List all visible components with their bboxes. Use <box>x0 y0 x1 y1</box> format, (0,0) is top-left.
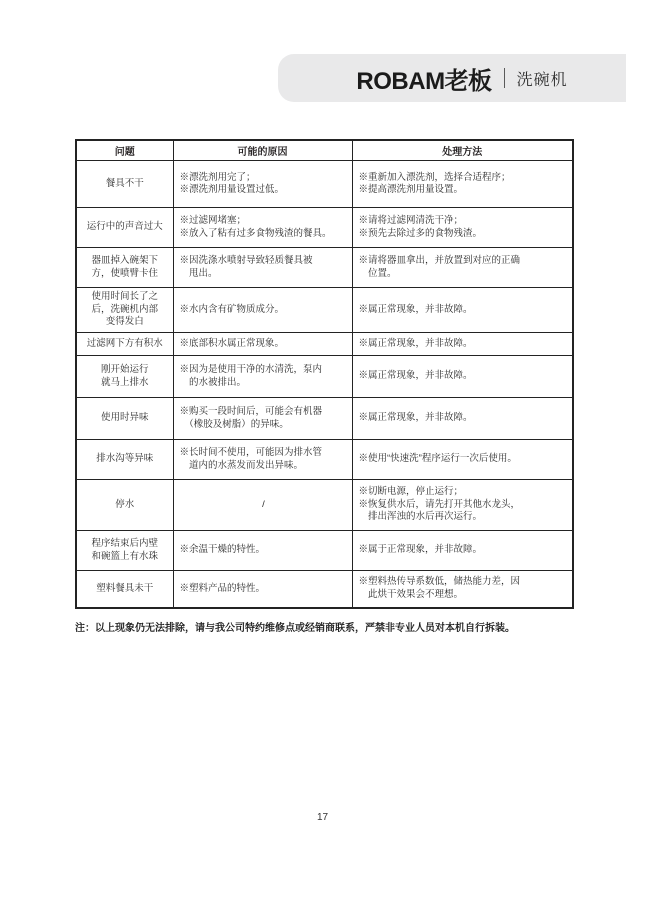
cause-cell: ※水内含有矿物质成分。 <box>173 288 352 333</box>
brand-logo: ROBAM老板 <box>356 61 491 96</box>
table-row: 餐具不干 ※漂洗剂用完了； ※漂洗剂用量设置过低。 ※重新加入漂洗剂，选择合适程… <box>76 161 573 208</box>
problem-cell: 排水沟等异味 <box>76 440 173 480</box>
solution-cell: ※请将过滤网清洗干净； ※预先去除过多的食物残渣。 <box>352 208 573 248</box>
cause-cell: ※塑料产品的特性。 <box>173 571 352 608</box>
table-row: 使用时异味 ※购买一段时间后，可能会有机器 （橡胶及树脂）的异味。 ※属正常现象… <box>76 398 573 440</box>
cause-cell: / <box>173 480 352 531</box>
solution-cell: ※属正常现象，并非故障。 <box>352 356 573 398</box>
problem-cell: 使用时间长了之 后，洗碗机内部 变得发白 <box>76 288 173 333</box>
header-band: ROBAM老板 洗碗机 <box>278 54 626 102</box>
cause-cell: ※长时间不使用，可能因为排水管 道内的水蒸发而发出异味。 <box>173 440 352 480</box>
problem-cell: 程序结束后内壁 和碗篮上有水珠 <box>76 531 173 571</box>
cause-cell: ※购买一段时间后，可能会有机器 （橡胶及树脂）的异味。 <box>173 398 352 440</box>
footnote: 注：以上现象仍无法排除，请与我公司特约维修点或经销商联系，严禁非专业人员对本机自… <box>75 622 575 635</box>
solution-cell: ※重新加入漂洗剂，选择合适程序； ※提高漂洗剂用量设置。 <box>352 161 573 208</box>
col-header-problem: 问题 <box>76 140 173 161</box>
problem-cell: 器皿掉入碗架下 方，使喷臂卡住 <box>76 248 173 288</box>
solution-cell: ※属正常现象，并非故障。 <box>352 333 573 356</box>
solution-cell: ※请将器皿拿出，并放置到对应的正确 位置。 <box>352 248 573 288</box>
problem-cell: 餐具不干 <box>76 161 173 208</box>
table-row: 器皿掉入碗架下 方，使喷臂卡住 ※因洗涤水喷射导致轻质餐具被 甩出。 ※请将器皿… <box>76 248 573 288</box>
cause-cell: ※余温干燥的特性。 <box>173 531 352 571</box>
table-row: 刚开始运行 就马上排水 ※因为是使用干净的水清洗，泵内 的水被排出。 ※属正常现… <box>76 356 573 398</box>
table-row: 排水沟等异味 ※长时间不使用，可能因为排水管 道内的水蒸发而发出异味。 ※使用“… <box>76 440 573 480</box>
cause-cell: ※过滤网堵塞； ※放入了粘有过多食物残渣的餐具。 <box>173 208 352 248</box>
solution-cell: ※使用“快速洗”程序运行一次后使用。 <box>352 440 573 480</box>
problem-cell: 使用时异味 <box>76 398 173 440</box>
solution-cell: ※属于正常现象，并非故障。 <box>352 531 573 571</box>
table-row: 过滤网下方有积水 ※底部积水属正常现象。 ※属正常现象，并非故障。 <box>76 333 573 356</box>
cause-cell: ※因为是使用干净的水清洗，泵内 的水被排出。 <box>173 356 352 398</box>
table-row: 停水 / ※切断电源，停止运行； ※恢复供水后，请先打开其他水龙头， 排出浑浊的… <box>76 480 573 531</box>
problem-cell: 刚开始运行 就马上排水 <box>76 356 173 398</box>
solution-cell: ※切断电源，停止运行； ※恢复供水后，请先打开其他水龙头， 排出浑浊的水后再次运… <box>352 480 573 531</box>
manual-page: ROBAM老板 洗碗机 问题 可能的原因 处理方法 餐具不干 ※漂洗剂用完了； … <box>0 0 645 903</box>
table-row: 塑料餐具未干 ※塑料产品的特性。 ※塑料热传导系数低，储热能力差，因 此烘干效果… <box>76 571 573 608</box>
solution-cell: ※属正常现象，并非故障。 <box>352 398 573 440</box>
solution-cell: ※塑料热传导系数低，储热能力差，因 此烘干效果会不理想。 <box>352 571 573 608</box>
col-header-solution: 处理方法 <box>352 140 573 161</box>
page-number: 17 <box>0 812 645 823</box>
table-row: 运行中的声音过大 ※过滤网堵塞； ※放入了粘有过多食物残渣的餐具。 ※请将过滤网… <box>76 208 573 248</box>
col-header-cause: 可能的原因 <box>173 140 352 161</box>
product-name: 洗碗机 <box>517 67 568 90</box>
problem-cell: 塑料餐具未干 <box>76 571 173 608</box>
solution-cell: ※属正常现象，并非故障。 <box>352 288 573 333</box>
cause-cell: ※底部积水属正常现象。 <box>173 333 352 356</box>
problem-cell: 停水 <box>76 480 173 531</box>
cause-cell: ※漂洗剂用完了； ※漂洗剂用量设置过低。 <box>173 161 352 208</box>
table-row: 使用时间长了之 后，洗碗机内部 变得发白 ※水内含有矿物质成分。 ※属正常现象，… <box>76 288 573 333</box>
table-row: 程序结束后内壁 和碗篮上有水珠 ※余温干燥的特性。 ※属于正常现象，并非故障。 <box>76 531 573 571</box>
troubleshooting-table: 问题 可能的原因 处理方法 餐具不干 ※漂洗剂用完了； ※漂洗剂用量设置过低。 … <box>75 139 574 609</box>
cause-cell: ※因洗涤水喷射导致轻质餐具被 甩出。 <box>173 248 352 288</box>
problem-cell: 过滤网下方有积水 <box>76 333 173 356</box>
problem-cell: 运行中的声音过大 <box>76 208 173 248</box>
header-divider <box>504 68 505 88</box>
table-header-row: 问题 可能的原因 处理方法 <box>76 140 573 161</box>
